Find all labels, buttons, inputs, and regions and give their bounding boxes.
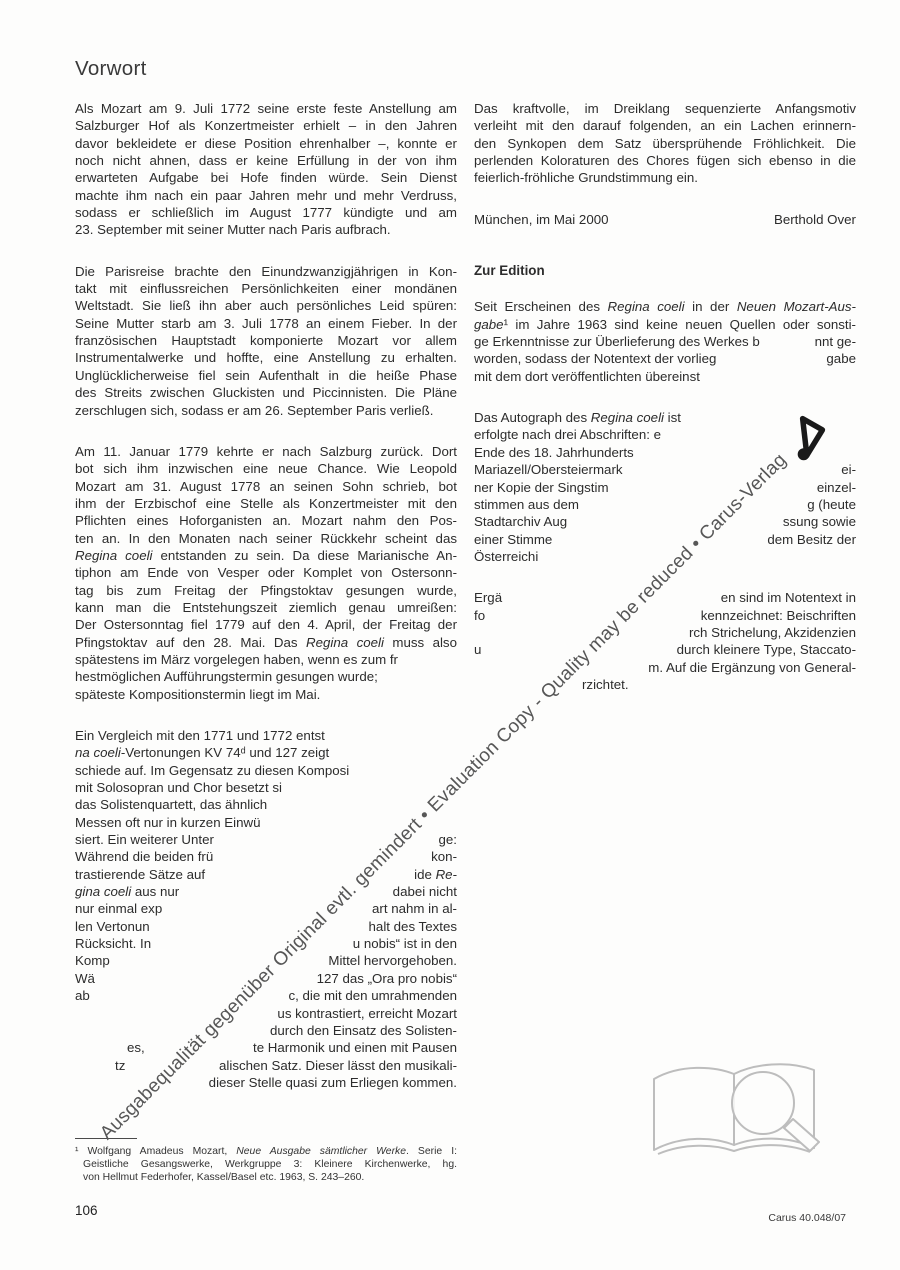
line-left-fragment: ge Erkenntnisse zur Überlieferung des We…: [474, 333, 760, 350]
line-left-fragment: Mariazell/Obersteiermark: [474, 461, 623, 478]
text-line: bot sich ihm inzwischen eine neue Chance…: [75, 460, 457, 477]
paragraph: Seit Erscheinen des Regina coeli in der …: [474, 298, 856, 385]
line-right-fragment: u nobis“ ist in den: [353, 935, 457, 952]
line-right-fragment: en sind im Notentext in: [721, 589, 856, 606]
line-right-fragment: ssung sowie: [783, 513, 856, 530]
open-book-icon: [642, 1055, 842, 1170]
signoff-place-date: München, im Mai 2000: [474, 211, 609, 228]
line-right-fragment: nnt ge-: [815, 333, 856, 350]
text-line: ge Erkenntnisse zur Überlieferung des We…: [474, 333, 856, 350]
text-line: rch Strichelung, Akzidenzien: [474, 624, 856, 641]
line-left-fragment: Rücksicht. In: [75, 935, 151, 952]
line-left-fragment: ab: [75, 987, 90, 1004]
text-line: sodass er schließlich im August 1777 kün…: [75, 204, 457, 221]
text-line: verleiht mit den darauf folgenden, an ei…: [474, 117, 856, 134]
text-line: gabe¹ im Jahre 1963 sind keine neuen Que…: [474, 316, 856, 333]
text-line: erwarteten Aufgabe bei Hofe finden würde…: [75, 169, 457, 186]
text-line: es,te Harmonik und einen mit Pausen: [75, 1039, 457, 1056]
text-line: das Solistenquartett, das ähnlich: [75, 796, 457, 813]
line-left-fragment: einer Stimme: [474, 531, 552, 548]
text-line: udurch kleinere Type, Staccato-: [474, 641, 856, 658]
book-magnifier-logo: [642, 1055, 842, 1170]
text-line: ihm der Erzbischof eine Stelle als Konze…: [75, 495, 457, 512]
text-line: takt mit einflussreichen Persönlichkeite…: [75, 280, 457, 297]
text-line: französischen Hauptstadt komponierte Moz…: [75, 332, 457, 349]
line-right-fragment: kennzeichnet: Beischriften: [701, 607, 856, 624]
line-right-fragment: dem Besitz der: [767, 531, 856, 548]
line-right-fragment: ei-: [841, 461, 856, 478]
paragraph: Als Mozart am 9. Juli 1772 seine erste f…: [75, 100, 457, 239]
text-line: spätestens im März vorgelegen haben, wen…: [75, 651, 457, 668]
text-line: noch nicht ahnen, dass er keine Erfüllun…: [75, 152, 457, 169]
line-right-fragment: te Harmonik und einen mit Pausen: [253, 1039, 457, 1056]
text-line: Stadtarchiv Augssung sowie: [474, 513, 856, 530]
text-line: mit dem dort veröffentlichten übereinst: [474, 368, 856, 385]
text-line: tag bis zum Freitag der Pfingstoktav ges…: [75, 582, 457, 599]
text-line: Seit Erscheinen des Regina coeli in der …: [474, 298, 856, 315]
line-right-fragment: art nahm in al-: [372, 900, 457, 917]
line-left-fragment: tz: [115, 1057, 125, 1074]
line-left-fragment: worden, sodass der Notentext der vorlieg: [474, 350, 716, 367]
line-left-fragment: siert. Ein weiterer Unter: [75, 831, 214, 848]
text-line: 23. September mit seiner Mutter nach Par…: [75, 221, 457, 238]
page-number: 106: [75, 1203, 98, 1218]
document-page: { "page": { "title": "Vorwort", "page_nu…: [0, 0, 900, 1270]
text-line: einer Stimmedem Besitz der: [474, 531, 856, 548]
line-right-fragment: c, die mit den umrahmenden: [288, 987, 457, 1004]
line-right-fragment: durch kleinere Type, Staccato-: [677, 641, 856, 658]
text-line: kann man die Entstehungszeit ziemlich ge…: [75, 599, 457, 616]
line-right-fragment: 127 das „Ora pro nobis“: [317, 970, 457, 987]
text-line: Der Ostersonntag fiel 1779 auf den 4. Ap…: [75, 616, 457, 633]
text-line: us kontrastiert, erreicht Mozart: [75, 1005, 457, 1022]
line-left-fragment: nur einmal exp: [75, 900, 162, 917]
line-right-fragment: einzel-: [817, 479, 856, 496]
line-right-fragment: m. Auf die Ergänzung von General-: [648, 659, 856, 676]
text-line: ten an. In den Monaten nach seiner Rückk…: [75, 530, 457, 547]
text-line: worden, sodass der Notentext der vorlieg…: [474, 350, 856, 367]
text-line: stimmen aus demg (heute: [474, 496, 856, 513]
text-line: mit Solosopran und Chor besetzt si: [75, 779, 457, 796]
text-line: den Synkopen dem Satz übersprühende Fröh…: [474, 135, 856, 152]
text-line: tzalischen Satz. Dieser lässt den musika…: [75, 1057, 457, 1074]
right-column: Das kraftvolle, im Dreiklang sequenziert…: [474, 100, 856, 717]
line-right-fragment: dabei nicht: [393, 883, 457, 900]
text-line: len Vertonunhalt des Textes: [75, 918, 457, 935]
text-line: durch den Einsatz des Solisten-: [75, 1022, 457, 1039]
text-line: Als Mozart am 9. Juli 1772 seine erste f…: [75, 100, 457, 117]
text-line: tiphon am Ende von Vesper oder Komplet v…: [75, 564, 457, 581]
line-right-fragment: dieser Stelle quasi zum Erliegen kommen.: [209, 1074, 457, 1091]
text-line: machte ihm nach ein paar Jahren mehr und…: [75, 187, 457, 204]
paragraph: Das kraftvolle, im Dreiklang sequenziert…: [474, 100, 856, 187]
text-line: Seine Mutter starb am 3. Juli 1778 an ei…: [75, 315, 457, 332]
footnote: ¹ Wolfgang Amadeus Mozart, Neue Ausgabe …: [75, 1138, 457, 1185]
line-left-fragment: len Vertonun: [75, 918, 150, 935]
line-left-fragment: Während die beiden frü: [75, 848, 213, 865]
catalog-number: Carus 40.048/07: [474, 1212, 846, 1224]
text-line: Geistliche Gesangswerke, Werkgruppe 3: K…: [75, 1159, 457, 1172]
paragraph: Ergäen sind im Notentext infokennzeichne…: [474, 589, 856, 693]
section-heading: Zur Edition: [474, 262, 856, 279]
line-right-fragment: halt des Textes: [369, 918, 457, 935]
paragraph: Ein Vergleich mit den 1771 und 1772 ents…: [75, 727, 457, 1091]
text-line: Ein Vergleich mit den 1771 und 1772 ents…: [75, 727, 457, 744]
text-line: Unglücklicherweise fiel sein Aufenthalt …: [75, 367, 457, 384]
line-right-fragment: Mittel hervorgehoben.: [328, 952, 457, 969]
line-left-fragment: stimmen aus dem: [474, 496, 579, 513]
line-left-fragment: trastierende Sätze auf: [75, 866, 205, 883]
text-line: na coeli-Vertonungen KV 74ᵈ und 127 zeig…: [75, 744, 457, 761]
line-left-fragment: Ergä: [474, 589, 502, 606]
signoff-row: München, im Mai 2000Berthold Over: [474, 211, 856, 228]
text-line: m. Auf die Ergänzung von General-: [474, 659, 856, 676]
text-line: fokennzeichnet: Beischriften: [474, 607, 856, 624]
line-left-fragment: es,: [127, 1039, 145, 1056]
text-line: ¹ Wolfgang Amadeus Mozart, Neue Ausgabe …: [75, 1146, 457, 1159]
text-line: Pflichten eines Hoforganisten an. Mozart…: [75, 512, 457, 529]
text-line: feierlich-fröhliche Grundstimmung ein.: [474, 169, 856, 186]
text-line: Regina coeli entstanden zu sein. Da dies…: [75, 547, 457, 564]
text-line: Salzburger Hof als Konzertmeister erhiel…: [75, 117, 457, 134]
footnote-text: ¹ Wolfgang Amadeus Mozart, Neue Ausgabe …: [75, 1146, 457, 1185]
text-line: Das kraftvolle, im Dreiklang sequenziert…: [474, 100, 856, 117]
line-left-fragment: gina coeli aus nur: [75, 883, 179, 900]
signoff-author: Berthold Over: [774, 211, 856, 228]
text-line: nur einmal expart nahm in al-: [75, 900, 457, 917]
text-line: hestmöglichen Aufführungstermin gesungen…: [75, 668, 457, 685]
line-left-fragment: Wä: [75, 970, 95, 987]
line-left-fragment: u: [474, 641, 481, 658]
line-left-fragment: fo: [474, 607, 485, 624]
line-right-fragment: us kontrastiert, erreicht Mozart: [277, 1005, 457, 1022]
text-line: zerschlugen sich, sodass er am 26. Septe…: [75, 402, 457, 419]
text-line: Mozart am 31. August 1778 an seinen Sohn…: [75, 478, 457, 495]
text-line: davor bekleidete er diese Position ehren…: [75, 135, 457, 152]
text-line: des Streits zwischen Gluckisten und Picc…: [75, 384, 457, 401]
paragraph: Die Parisreise brachte den Einundzwanzig…: [75, 263, 457, 419]
line-right-fragment: kon-: [431, 848, 457, 865]
line-left-fragment: Stadtarchiv Aug: [474, 513, 567, 530]
text-line: von Hellmut Federhofer, Kassel/Basel etc…: [75, 1172, 457, 1185]
text-line: Pfingstoktav auf den 28. Mai. Das Regina…: [75, 634, 457, 651]
line-left-fragment: ner Kopie der Singstim: [474, 479, 609, 496]
text-line: schiede auf. Im Gegensatz zu diesen Komp…: [75, 762, 457, 779]
text-line: späteste Kompositionstermin liegt im Mai…: [75, 686, 457, 703]
text-line: Instrumentalwerke und hoffte, eine Anste…: [75, 349, 457, 366]
text-line: perlenden Koloraturen des Chores fügen s…: [474, 152, 856, 169]
line-right-fragment: g (heute: [807, 496, 856, 513]
text-line: gina coeli aus nurdabei nicht: [75, 883, 457, 900]
line-right-fragment: durch den Einsatz des Solisten-: [270, 1022, 457, 1039]
line-right-fragment: alischen Satz. Dieser lässt den musikali…: [219, 1057, 457, 1074]
page-title: Vorwort: [75, 57, 147, 81]
paragraph: Am 11. Januar 1779 kehrte er nach Salzbu…: [75, 443, 457, 703]
text-line: Weltstadt. Sie ließ ihn aber auch persön…: [75, 297, 457, 314]
line-left-fragment: Komp: [75, 952, 110, 969]
text-line: Am 11. Januar 1779 kehrte er nach Salzbu…: [75, 443, 457, 460]
text-line: trastierende Sätze aufide Re-: [75, 866, 457, 883]
text-line: ner Kopie der Singstimeinzel-: [474, 479, 856, 496]
line-right-fragment: ge:: [439, 831, 458, 848]
line-right-fragment: rch Strichelung, Akzidenzien: [689, 624, 856, 641]
text-line: Die Parisreise brachte den Einundzwanzig…: [75, 263, 457, 280]
line-right-fragment: ide Re-: [414, 866, 457, 883]
